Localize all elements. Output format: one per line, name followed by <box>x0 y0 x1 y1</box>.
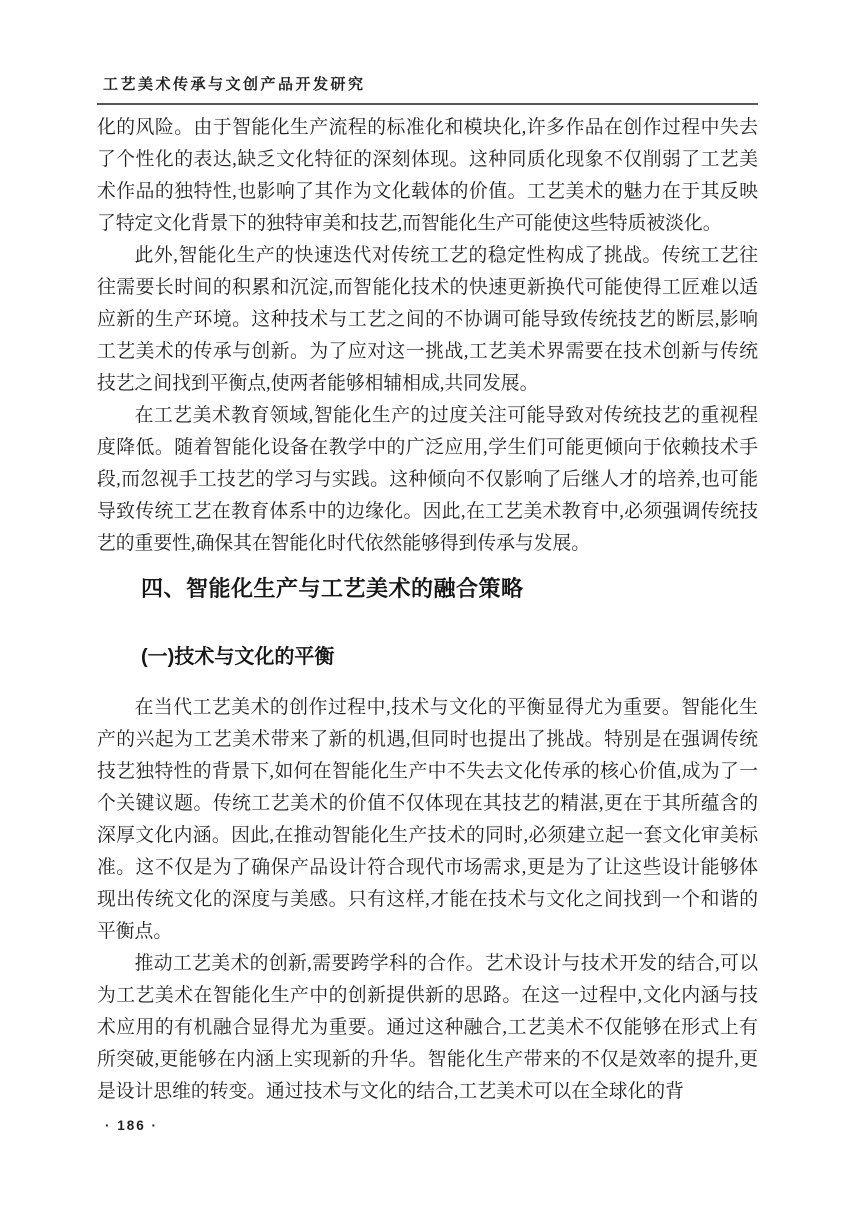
section-heading: 四、智能化生产与工艺美术的融合策略 <box>141 574 758 604</box>
body-paragraph: 推动工艺美术的创新,需要跨学科的合作。艺术设计与技术开发的结合,可以为工艺美术在… <box>97 948 758 1108</box>
subsection-heading: (一)技术与文化的平衡 <box>141 644 758 670</box>
document-page: 工艺美术传承与文创产品开发研究 化的风险。由于智能化生产流程的标准化和模块化,许… <box>0 0 860 1208</box>
body-paragraph: 在工艺美术教育领域,智能化生产的过度关注可能导致对传统技艺的重视程度降低。随着智… <box>97 400 758 560</box>
body-paragraph: 化的风险。由于智能化生产流程的标准化和模块化,许多作品在创作过程中失去了个性化的… <box>97 112 758 240</box>
body-text: 化的风险。由于智能化生产流程的标准化和模块化,许多作品在创作过程中失去了个性化的… <box>97 112 758 1108</box>
page-number: · 186 · <box>105 1118 758 1133</box>
running-head: 工艺美术传承与文创产品开发研究 <box>97 76 758 105</box>
body-paragraph: 此外,智能化生产的快速迭代对传统工艺的稳定性构成了挑战。传统工艺往往需要长时间的… <box>97 240 758 400</box>
page-content: 工艺美术传承与文创产品开发研究 化的风险。由于智能化生产流程的标准化和模块化,许… <box>97 0 758 1133</box>
body-paragraph: 在当代工艺美术的创作过程中,技术与文化的平衡显得尤为重要。智能化生产的兴起为工艺… <box>97 692 758 948</box>
